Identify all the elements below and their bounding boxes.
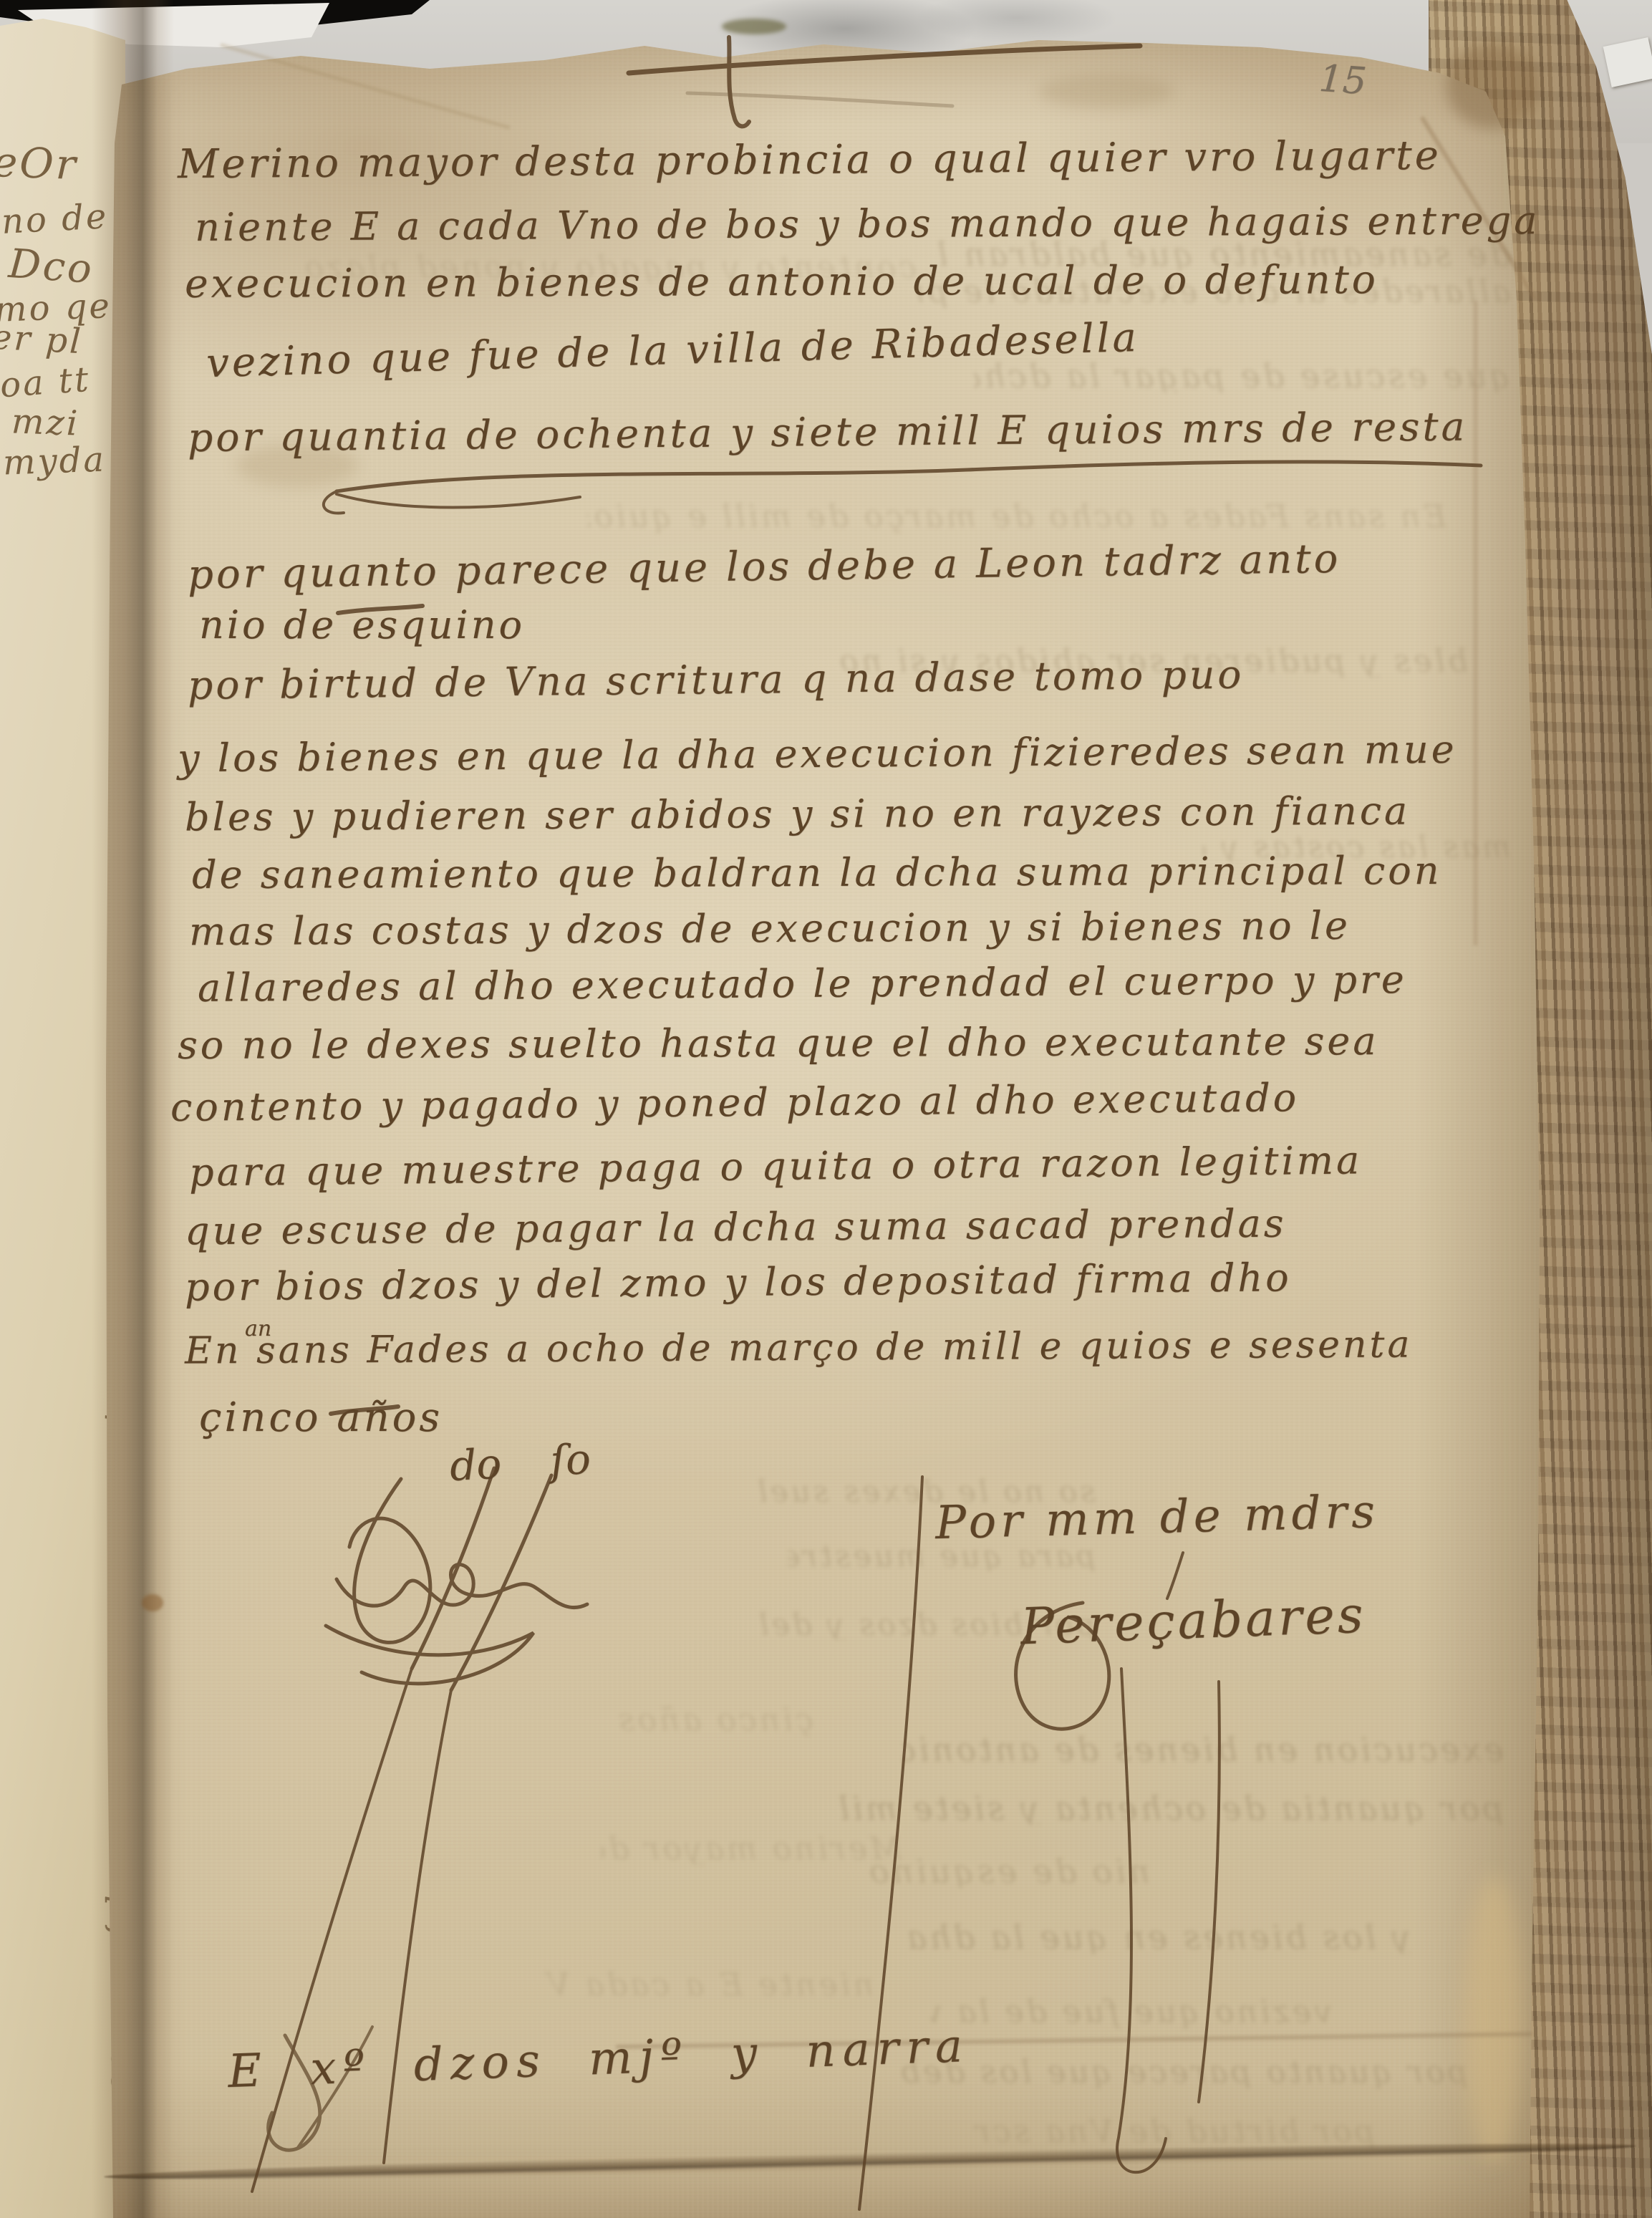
- ink-stain: [722, 19, 786, 34]
- scanned-manuscript-photo: eOr no de Dco mo qe er pl oa tt mzi myda…: [0, 0, 1652, 2218]
- manuscript-line: por birtud de Vna scritura q na dase tom…: [188, 655, 1245, 705]
- bleed-through-line: por quanto parece que los debe a Leon ta…: [902, 2057, 1468, 2088]
- manuscript-line: En sans Fades a ocho de março de mill e …: [185, 1326, 1413, 1370]
- bleed-through-line: Merino mayor desta probincia o qual quie…: [602, 1833, 902, 1865]
- superscript-abbreviation: an: [245, 1316, 271, 1341]
- manuscript-line: para que muestre paga o quita o otra raz…: [189, 1141, 1363, 1192]
- bleed-through-line: En sans Fades a ocho de março de mill e …: [587, 501, 1446, 533]
- manuscript-line: Merino mayor desta probincia o qual quie…: [178, 136, 1441, 185]
- bleed-through-line: çinco años: [616, 1705, 813, 1736]
- signature-left-label: do ſo: [448, 1435, 591, 1490]
- manuscript-line: execucion en bienes de antonio de ucal d…: [185, 260, 1378, 304]
- prev-page-text-fragment: mzi: [11, 401, 80, 443]
- bleed-through-line: execucion en bienes de antonio de ucal d…: [902, 1733, 1504, 1766]
- manuscript-line: bles y pudieren ser abidos y si no en ra…: [185, 792, 1410, 837]
- prev-page-text-fragment: oa tt: [0, 360, 92, 406]
- binding-gutter-shadow: [92, 0, 174, 2218]
- bleed-through-line: y los bienes en que la dha execucion fiz…: [909, 1921, 1411, 1954]
- manuscript-line: allaredes al dho executado le prendad el…: [198, 960, 1407, 1008]
- prev-page-text-fragment: eOr: [0, 138, 79, 189]
- manuscript-line: so no le dexes suelto hasta que el dho e…: [178, 1022, 1379, 1065]
- manuscript-line: por quantia de ochenta y siete mill E qu…: [188, 407, 1468, 458]
- bleed-through-line: niente E a cada Vno de bos y bos mando q…: [544, 1969, 874, 2001]
- manuscript-line: niente E a cada Vno de bos y bos mando q…: [195, 201, 1540, 247]
- prev-page-text-fragment: er pl: [0, 317, 84, 362]
- paper-stain: [1446, 43, 1540, 129]
- page-curl-shadow: [1474, 301, 1477, 945]
- manuscript-line: por bios dzos y del zmo y los depositad …: [185, 1258, 1292, 1306]
- signature-right-name: Pereçabares: [1020, 1586, 1367, 1657]
- manuscript-line: nio de esquino: [199, 606, 525, 645]
- manuscript-line: y los bienes en que la dha execucion fiz…: [178, 731, 1457, 778]
- manuscript-line: çinco años: [199, 1398, 443, 1438]
- manuscript-line: que escuse de pagar la dcha suma sacad p…: [185, 1205, 1287, 1251]
- bleed-through-line: por birtud de Vna scritura q na dase tom…: [974, 2116, 1375, 2148]
- paper-stain: [1038, 75, 1174, 107]
- bleed-through-line: nio de esquino: [866, 1855, 1150, 1888]
- page-number: 15: [1318, 57, 1368, 103]
- bleed-through-line: vezino que fue de la villa de Ribadesell…: [931, 1997, 1332, 2028]
- manuscript-line: contento y pagado y poned plazo al dho e…: [170, 1079, 1300, 1127]
- bleed-through-line: que escuse de pagar la dcha suma sacad p…: [974, 360, 1511, 392]
- paper-stain: [1465, 1876, 1522, 2163]
- prev-page-text-fragment: Dco: [7, 241, 95, 293]
- manuscript-line: de saneamiento que baldran la dcha suma …: [192, 852, 1442, 895]
- paper-stain: [142, 1594, 163, 1611]
- paper-slip: [1603, 37, 1652, 87]
- manuscript-line: mas las costas y dzos de execucion y si …: [189, 907, 1351, 951]
- bleed-through-line: por quantia de ochenta y siete mill E qu…: [838, 1792, 1504, 1825]
